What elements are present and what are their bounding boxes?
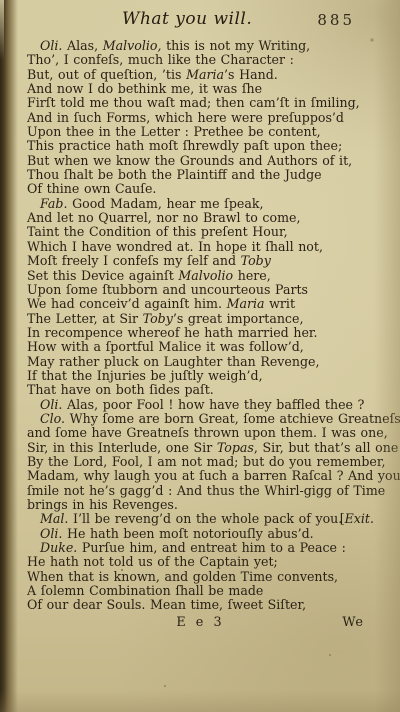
text-line: and ſome have Greatneſs thrown upon them… <box>27 426 374 440</box>
roman-text: Sir, in this Interlude, one Sir <box>27 440 217 455</box>
roman-text: Set this Device againſt <box>27 268 178 283</box>
roman-text: ’s great importance, <box>173 311 304 326</box>
text-line: In recompence whereof he hath married he… <box>27 326 374 340</box>
italic-text: Maria <box>227 296 265 311</box>
italic-text: Clo. <box>40 411 65 426</box>
text-line: Clo. Why ſome are born Great, ſome atchi… <box>27 412 374 426</box>
text-line: Sir, in this Interlude, one Sir Topas, S… <box>27 441 374 455</box>
roman-text: Of thine own Cauſe. <box>27 181 156 196</box>
text-line: If that the Injuries be juſtly weigh’d, <box>27 369 374 383</box>
italic-text: Exit. <box>345 511 374 526</box>
italic-text: Oli. <box>40 397 62 412</box>
text-line: A ſolemn Combination ſhall be made <box>27 584 374 598</box>
text-line: Duke. Purſue him, and entreat him to a P… <box>27 541 374 555</box>
text-line: ſmile not he’s gagg’d : And thus the Whi… <box>27 484 374 498</box>
italic-text: Duke. <box>40 540 77 555</box>
roman-text: A ſolemn Combination ſhall be made <box>27 583 263 598</box>
text-line: Of our dear Souls. Mean time, ſweet Siſt… <box>27 598 374 612</box>
italic-text: Mal. <box>40 511 68 526</box>
text-block: Oli. Alas, Malvolio, this is not my Writ… <box>27 39 374 613</box>
stage-direction: [Exit. <box>340 512 374 526</box>
roman-text: Upon ſome ſtubborn and uncourteous Parts <box>27 282 308 297</box>
italic-text: Toby <box>143 311 173 326</box>
roman-text: Taint the Condition of this preſent Hour… <box>27 224 288 239</box>
italic-text: Malvolio, <box>103 38 162 53</box>
roman-text: The Letter, at Sir <box>27 311 143 326</box>
text-line: That have on both ſides paſt. <box>27 383 374 397</box>
text-line: How with a ſportful Malice it was follow… <box>27 340 374 354</box>
italic-text: Oli. <box>40 526 62 541</box>
italic-text: Oli. <box>40 38 62 53</box>
roman-text: ’s Hand. <box>224 67 278 82</box>
text-line: Oli. Alas, poor Fool ! how have they baf… <box>27 398 374 412</box>
roman-text: Good Madam, hear me ſpeak, <box>67 196 263 211</box>
text-line: But, out of queſtion, ’tis Maria’s Hand. <box>27 68 374 82</box>
text-line: Moſt freely I confeſs my ſelf and Toby <box>27 254 374 268</box>
roman-text: May rather pluck on Laughter than Reveng… <box>27 354 320 369</box>
text-line: But when we know the Grounds and Authors… <box>27 154 374 168</box>
roman-text: Alas, <box>62 38 102 53</box>
text-line: When that is known, and golden Time conv… <box>27 570 374 584</box>
text-line: By the Lord, Fool, I am not mad; but do … <box>27 455 374 469</box>
text-line: The Letter, at Sir Toby’s great importan… <box>27 312 374 326</box>
roman-text: Moſt freely I confeſs my ſelf and <box>27 253 241 268</box>
italic-text: Maria <box>186 67 224 82</box>
roman-text: But, out of queſtion, ’tis <box>27 67 186 82</box>
roman-text: This practice hath moſt ſhrewdly paſt up… <box>27 138 342 153</box>
text-line: This practice hath moſt ſhrewdly paſt up… <box>27 139 374 153</box>
text-line: Mal. I’ll be reveng’d on the whole pack … <box>27 512 374 526</box>
roman-text: Tho’, I confeſs, much like the Character… <box>27 52 294 67</box>
roman-text: Madam, why laugh you at ſuch a barren Ra… <box>27 468 400 483</box>
text-line: Firſt told me thou waſt mad; then cam’ſt… <box>27 96 374 110</box>
roman-text: If that the Injuries be juſtly weigh’d, <box>27 368 263 383</box>
roman-text: Which I have wondred at. In hope it ſhal… <box>27 239 323 254</box>
text-line: Thou ſhalt be both the Plaintiff and the… <box>27 168 374 182</box>
page-edge-shade-bottom <box>0 690 400 712</box>
text-line: Of thine own Cauſe. <box>27 182 374 196</box>
roman-text: He hath not told us of the Captain yet; <box>27 554 278 569</box>
roman-text: And now I do bethink me, it was ſhe <box>27 81 262 96</box>
text-line: Taint the Condition of this preſent Hour… <box>27 225 374 239</box>
text-line: Upon ſome ſtubborn and uncourteous Parts <box>27 283 374 297</box>
roman-text: He hath been moſt notoriouſly abus’d. <box>62 526 313 541</box>
text-line: He hath not told us of the Captain yet; <box>27 555 374 569</box>
italic-text: Topas <box>217 440 254 455</box>
text-line: And now I do bethink me, it was ſhe <box>27 82 374 96</box>
roman-text: writ <box>265 296 296 311</box>
running-title: What you will. <box>122 9 252 29</box>
roman-text: That have on both ſides paſt. <box>27 382 214 397</box>
book-page: What you will. 885 Oli. Alas, Malvolio, … <box>0 0 400 712</box>
roman-text: Alas, poor Fool ! how have they baffled … <box>62 397 364 412</box>
roman-text: I’ll be reveng’d on the whole pack of yo… <box>68 511 342 526</box>
text-line: Oli. Alas, Malvolio, this is not my Writ… <box>27 39 374 53</box>
text-line: We had conceiv’d againſt him. Maria writ <box>27 297 374 311</box>
text-line: May rather pluck on Laughter than Reveng… <box>27 355 374 369</box>
text-line: Madam, why laugh you at ſuch a barren Ra… <box>27 469 374 483</box>
binding-shadow <box>0 0 18 712</box>
italic-text: Fab. <box>40 196 67 211</box>
roman-text: And let no Quarrel, nor no Brawl to come… <box>27 210 300 225</box>
roman-text: Thou ſhalt be both the Plaintiff and the… <box>27 167 322 182</box>
roman-text: brings in his Revenges. <box>27 497 178 512</box>
roman-text: ſmile not he’s gagg’d : And thus the Whi… <box>27 483 385 498</box>
text-line: Oli. He hath been moſt notoriouſly abus’… <box>27 527 374 541</box>
text-line: Upon thee in the Letter : Prethee be con… <box>27 125 374 139</box>
roman-text: Firſt told me thou waſt mad; then cam’ſt… <box>27 95 360 110</box>
signature-mark: E e 3 <box>27 615 374 630</box>
text-line: brings in his Revenges. <box>27 498 374 512</box>
italic-text: Toby <box>241 253 271 268</box>
roman-text: In recompence whereof he hath married he… <box>27 325 318 340</box>
text-line: Tho’, I confeſs, much like the Character… <box>27 53 374 67</box>
text-line: Fab. Good Madam, hear me ſpeak, <box>27 197 374 211</box>
page-header: What you will. 885 <box>0 9 400 33</box>
page-edge-shade-right <box>374 0 400 712</box>
roman-text: Purſue him, and entreat him to a Peace : <box>77 540 346 555</box>
roman-text: But when we know the Grounds and Authors… <box>27 153 352 168</box>
roman-text: Of our dear Souls. Mean time, ſweet Siſt… <box>27 597 306 612</box>
roman-text: and ſome have Greatneſs thrown upon them… <box>27 425 388 440</box>
text-line: Set this Device againſt Malvolio here, <box>27 269 374 283</box>
roman-text: this is not my Writing, <box>161 38 310 53</box>
roman-text: Why ſome are born Great, ſome atchieve G… <box>65 411 400 426</box>
roman-text: We had conceiv’d againſt him. <box>27 296 227 311</box>
roman-text: When that is known, and golden Time conv… <box>27 569 338 584</box>
text-line: And in ſuch Forms, which here were preſu… <box>27 111 374 125</box>
italic-text: Malvolio <box>178 268 233 283</box>
text-line: Which I have wondred at. In hope it ſhal… <box>27 240 374 254</box>
roman-text: here, <box>233 268 271 283</box>
roman-text: Upon thee in the Letter : Prethee be con… <box>27 124 321 139</box>
signature-row: E e 3 We <box>27 615 374 630</box>
text-line: And let no Quarrel, nor no Brawl to come… <box>27 211 374 225</box>
page-number: 885 <box>317 11 355 29</box>
roman-text: And in ſuch Forms, which here were preſu… <box>27 110 344 125</box>
roman-text: , Sir, but that’s all one : <box>254 440 400 455</box>
roman-text: By the Lord, Fool, I am not mad; but do … <box>27 454 386 469</box>
catchword: We <box>342 615 364 630</box>
roman-text: How with a ſportful Malice it was follow… <box>27 339 304 354</box>
